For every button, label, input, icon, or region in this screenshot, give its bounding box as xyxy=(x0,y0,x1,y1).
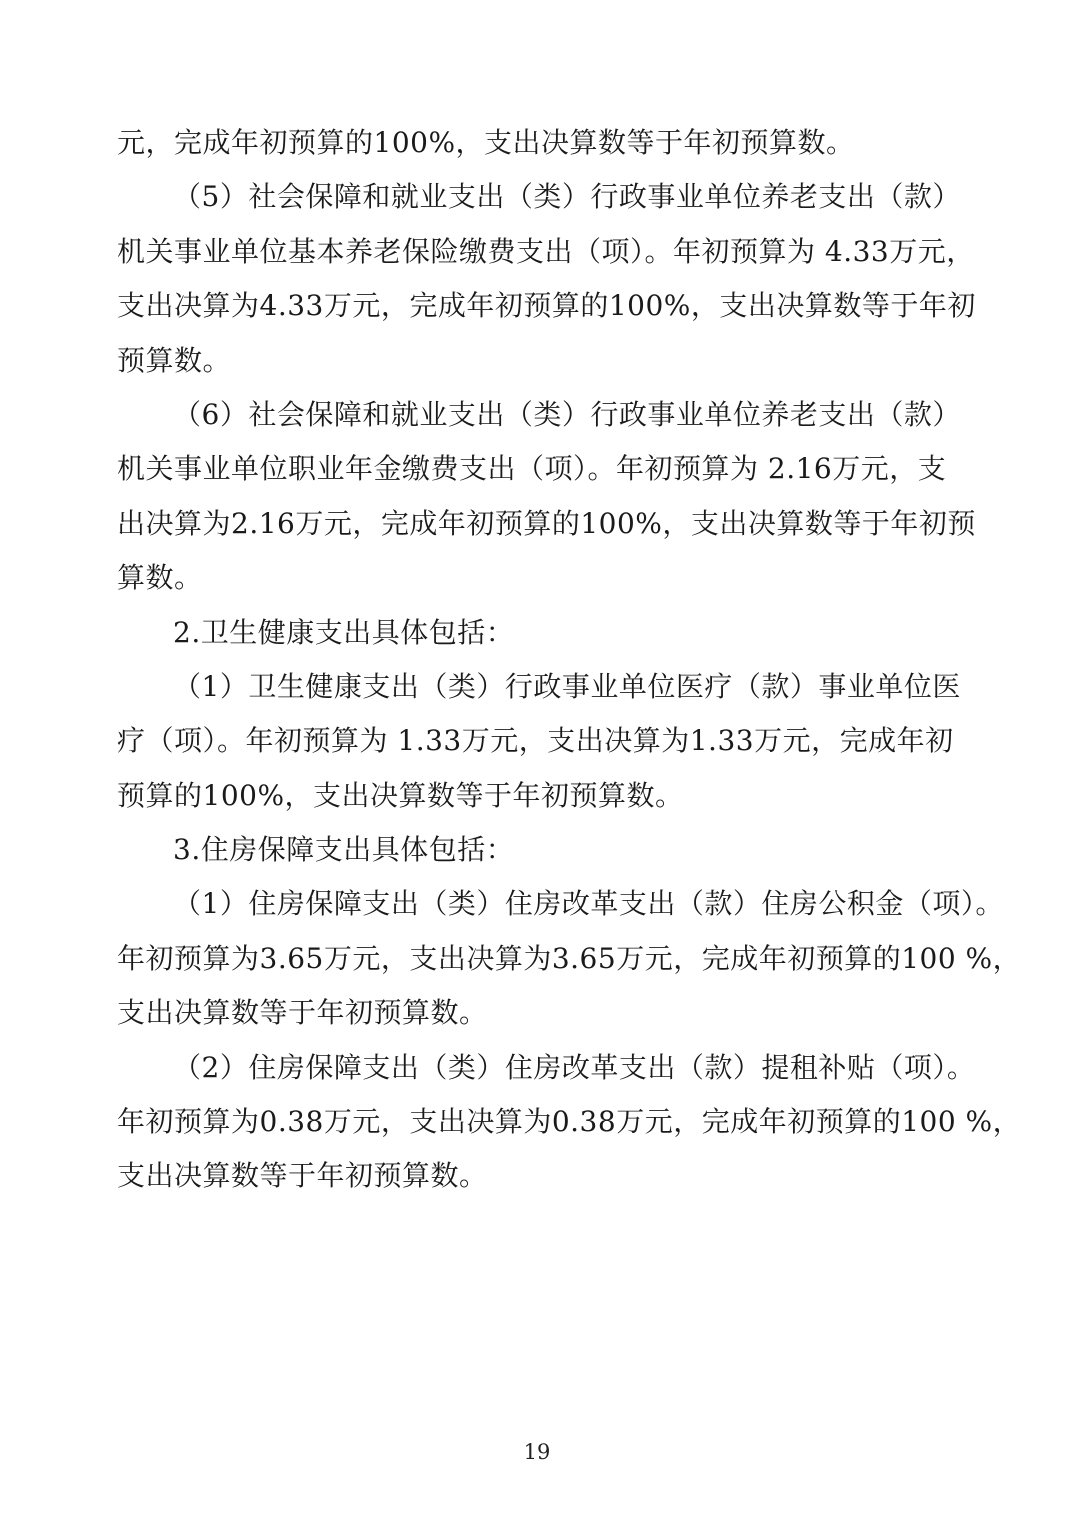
page-number: 19 xyxy=(0,1440,1074,1464)
text-line: 支出决算为4.33万元，完成年初预算的100%，支出决算数等于年初 xyxy=(117,279,965,333)
document-body: 元，完成年初预算的100%，支出决算数等于年初预算数。 （5）社会保障和就业支出… xyxy=(117,116,965,1204)
text-line: 支出决算数等于年初预算数。 xyxy=(117,986,965,1040)
text-line: （2）住房保障支出（类）住房改革支出（款）提租补贴（项）。 xyxy=(117,1041,965,1095)
text-line: 3.住房保障支出具体包括： xyxy=(117,823,965,877)
document-page: 元，完成年初预算的100%，支出决算数等于年初预算数。 （5）社会保障和就业支出… xyxy=(0,0,1074,1520)
text-line: 算数。 xyxy=(117,551,965,605)
text-line: 预算的100%，支出决算数等于年初预算数。 xyxy=(117,769,965,823)
text-line: 年初预算为0.38万元，支出决算为0.38万元，完成年初预算的100 %， xyxy=(117,1095,965,1149)
text-line: （5）社会保障和就业支出（类）行政事业单位养老支出（款） xyxy=(117,170,965,224)
text-line: 机关事业单位职业年金缴费支出（项）。年初预算为 2.16万元，支 xyxy=(117,442,965,496)
text-line: （1）住房保障支出（类）住房改革支出（款）住房公积金（项）。 xyxy=(117,877,965,931)
text-line: （6）社会保障和就业支出（类）行政事业单位养老支出（款） xyxy=(117,388,965,442)
text-line: （1）卫生健康支出（类）行政事业单位医疗（款）事业单位医 xyxy=(117,660,965,714)
text-line: 支出决算数等于年初预算数。 xyxy=(117,1149,965,1203)
text-line: 机关事业单位基本养老保险缴费支出（项）。年初预算为 4.33万元， xyxy=(117,225,965,279)
text-line: 疗（项）。年初预算为 1.33万元，支出决算为1.33万元，完成年初 xyxy=(117,714,965,768)
text-line: 预算数。 xyxy=(117,334,965,388)
text-line: 2.卫生健康支出具体包括： xyxy=(117,606,965,660)
text-line: 元，完成年初预算的100%，支出决算数等于年初预算数。 xyxy=(117,116,965,170)
text-line: 年初预算为3.65万元，支出决算为3.65万元，完成年初预算的100 %， xyxy=(117,932,965,986)
text-line: 出决算为2.16万元，完成年初预算的100%，支出决算数等于年初预 xyxy=(117,497,965,551)
